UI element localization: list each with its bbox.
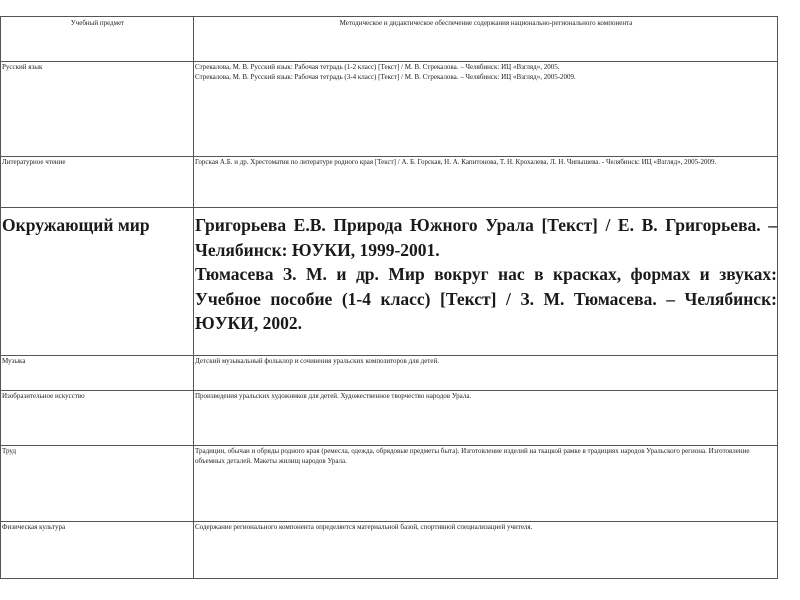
row-subject: Литературное чтение [1, 157, 194, 208]
row-subject: Изобразительное искусство [1, 391, 194, 446]
row-support: Горская А.Б. и др. Хрестоматия по литера… [194, 157, 778, 208]
header-subject: Учебный предмет [1, 17, 194, 62]
table-row: Изобразительное искусство Произведения у… [1, 391, 778, 446]
reference-line: Горская А.Б. и др. Хрестоматия по литера… [195, 157, 777, 167]
table-row: Музыка Детский музыкальный фольклор и со… [1, 356, 778, 391]
table-row: Окружающий мир Григорьева Е.В. Природа Ю… [1, 208, 778, 356]
row-support: Стрекалова, М. В. Русский язык: Рабочая … [194, 62, 778, 157]
row-support: Детский музыкальный фольклор и сочинения… [194, 356, 778, 391]
table-row: Русский язык Стрекалова, М. В. Русский я… [1, 62, 778, 157]
row-subject: Труд [1, 446, 194, 522]
reference-line: Детский музыкальный фольклор и сочинения… [195, 356, 777, 366]
reference-line: Традиции, обычаи и обряды родного края (… [195, 446, 777, 466]
reference-line: Содержание регионального компонента опре… [195, 522, 777, 532]
row-subject: Окружающий мир [1, 208, 194, 356]
table-row: Литературное чтение Горская А.Б. и др. Х… [1, 157, 778, 208]
row-support: Содержание регионального компонента опре… [194, 522, 778, 579]
row-subject: Русский язык [1, 62, 194, 157]
reference-line: Тюмасева З. М. и др. Мир вокруг нас в кр… [195, 262, 777, 336]
reference-line: Стрекалова, М. В. Русский язык: Рабочая … [195, 62, 777, 72]
table-row: Труд Традиции, обычаи и обряды родного к… [1, 446, 778, 522]
header-support: Методическое и дидактическое обеспечение… [194, 17, 778, 62]
reference-line: Произведения уральских художников для де… [195, 391, 777, 401]
curriculum-table: Учебный предмет Методическое и дидактиче… [0, 16, 778, 579]
row-subject: Физическая культура [1, 522, 194, 579]
reference-line: Григорьева Е.В. Природа Южного Урала [Те… [195, 213, 777, 262]
table-row: Физическая культура Содержание региональ… [1, 522, 778, 579]
row-support: Произведения уральских художников для де… [194, 391, 778, 446]
reference-line: Стрекалова, М. В. Русский язык: Рабочая … [195, 72, 777, 82]
row-support: Традиции, обычаи и обряды родного края (… [194, 446, 778, 522]
row-support: Григорьева Е.В. Природа Южного Урала [Те… [194, 208, 778, 356]
row-subject: Музыка [1, 356, 194, 391]
table-header-row: Учебный предмет Методическое и дидактиче… [1, 17, 778, 62]
